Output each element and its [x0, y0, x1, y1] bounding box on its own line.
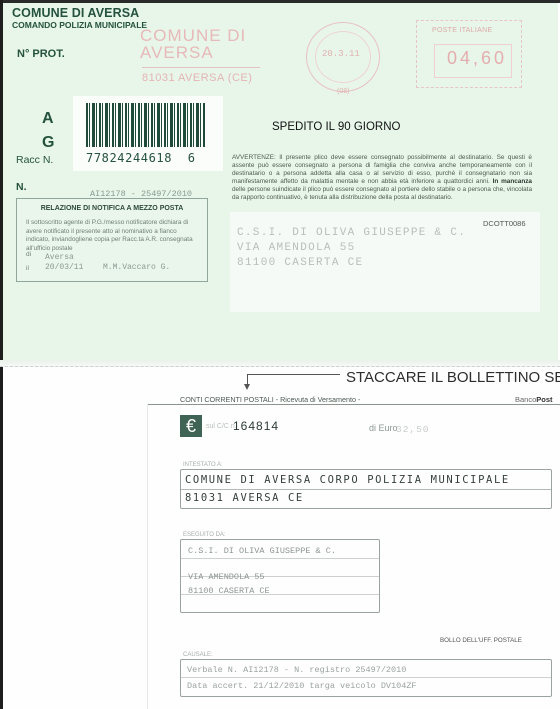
barcode-icon — [86, 103, 206, 147]
sender-name: COMUNE DI AVERSA — [12, 6, 139, 20]
spedito-note: SPEDITO IL 90 GIORNO — [272, 121, 400, 133]
barcode-digits: 77824244618 — [86, 151, 172, 165]
account-number: 164814 — [233, 419, 279, 433]
racc-label: Racc N. — [16, 154, 53, 166]
franking-stamp-name: COMUNE DI AVERSA — [140, 27, 265, 61]
recipient-code: DCOTT0086 — [483, 219, 526, 228]
sender-department: COMANDO POLIZIA MUNICIPALE — [12, 20, 147, 30]
notification-body: Il sottoscritto agente di P.G./messo not… — [26, 219, 202, 253]
notification-di-label: di — [26, 251, 31, 258]
eseguito-field: C.S.I. DI OLIVA GIUSEPPE & C. VIA AMENDO… — [180, 539, 380, 613]
eseguito-line: C.S.I. DI OLIVA GIUSEPPE & C. — [188, 546, 336, 556]
brand-prefix: Banco — [515, 395, 536, 404]
n-label: N. — [16, 181, 27, 193]
scan-edge-left — [0, 0, 3, 709]
intestato-label: INTESTATO A: — [183, 462, 223, 468]
postage-meter-header: POSTE ITALIANE — [432, 27, 492, 34]
causale-line: Verbale N. AI12178 - N. registro 25497/2… — [187, 665, 406, 675]
intestato-divider — [181, 489, 551, 490]
receipt-header-rule — [148, 404, 560, 405]
causale-label: CAUSALE: — [183, 652, 213, 658]
notification-il-label: il — [26, 265, 29, 272]
detach-instruction: STACCARE IL BOLLETTINO SEG — [346, 369, 560, 386]
perforation-tear-line — [0, 360, 560, 367]
eseguito-label: ESEGUITO DA: — [183, 532, 226, 538]
receipt-left-rule — [147, 404, 148, 709]
barcode-number: 77824244618 6 — [86, 151, 196, 165]
bancoposta-logo: BancoPost — [515, 395, 553, 404]
franking-stamp-city: 81031 AVERSA (CE) — [142, 72, 252, 84]
amount-value: 32,50 — [396, 424, 430, 435]
eseguito-line: 81100 CASERTA CE — [188, 586, 270, 596]
protocol-label: N° PROT. — [17, 48, 65, 60]
postmark-number: (08) — [337, 88, 349, 95]
amount-label: di Euro — [369, 423, 398, 433]
notification-report-box: RELAZIONE DI NOTIFICA A MEZZO POSTA Il s… — [16, 198, 208, 282]
notification-title: RELAZIONE DI NOTIFICA A MEZZO POSTA — [17, 205, 207, 212]
arrow-down-icon — [244, 384, 250, 390]
receipt-title: CONTI CORRENTI POSTALI - Ricevuta di Ver… — [180, 395, 360, 404]
causale-line: Data accert. 21/12/2010 targa veicolo DV… — [187, 681, 417, 691]
avvertenze-body: Il presente plico deve essere consegnato… — [232, 154, 532, 185]
notification-agent: M.M.Vaccaro G. — [103, 263, 170, 272]
avvertenze-bold: In mancanza — [493, 178, 532, 185]
intestato-line: COMUNE DI AVERSA CORPO POLIZIA MUNICIPAL… — [185, 474, 510, 486]
franking-stamp-divider — [142, 67, 260, 68]
recipient-line: C.S.I. DI OLIVA GIUSEPPE & C. — [237, 227, 466, 239]
causale-field: Verbale N. AI12178 - N. registro 25497/2… — [180, 659, 552, 697]
postage-meter-value: 04,60 — [447, 48, 507, 69]
mark-letter-g: G — [42, 134, 54, 152]
euro-icon: € — [180, 415, 202, 437]
recipient-line: VIA AMENDOLA 55 — [237, 242, 356, 254]
causale-divider — [181, 677, 551, 678]
detach-arrow-line — [247, 374, 340, 375]
eseguito-rule — [181, 558, 379, 559]
notification-date: 20/03/11 — [45, 263, 83, 272]
intestato-line: 81031 AVERSA CE — [185, 492, 304, 504]
mark-letter-a: A — [42, 110, 54, 128]
eseguito-line: VIA AMENDOLA 55 — [188, 572, 265, 582]
notification-place: Aversa — [45, 253, 74, 262]
recipient-line: 81100 CASERTA CE — [237, 257, 363, 269]
franking-stamp-line2: AVERSA — [140, 44, 265, 61]
intestato-field: COMUNE DI AVERSA CORPO POLIZIA MUNICIPAL… — [180, 469, 552, 509]
avvertenze-text: AVVERTENZE: Il presente plico deve esser… — [232, 154, 532, 203]
postal-office-stamp-label: BOLLO DELL'UFF. POSTALE — [440, 637, 522, 644]
franking-stamp-line1: COMUNE DI — [140, 27, 265, 44]
avvertenze-lead: AVVERTENZE: — [232, 154, 276, 161]
brand-bold: Post — [536, 395, 552, 404]
postmark-date: 20.3.11 — [322, 49, 360, 59]
barcode-check-digit: 6 — [188, 151, 196, 165]
avvertenze-tail: delle persone suindicate il plico può es… — [232, 186, 532, 201]
